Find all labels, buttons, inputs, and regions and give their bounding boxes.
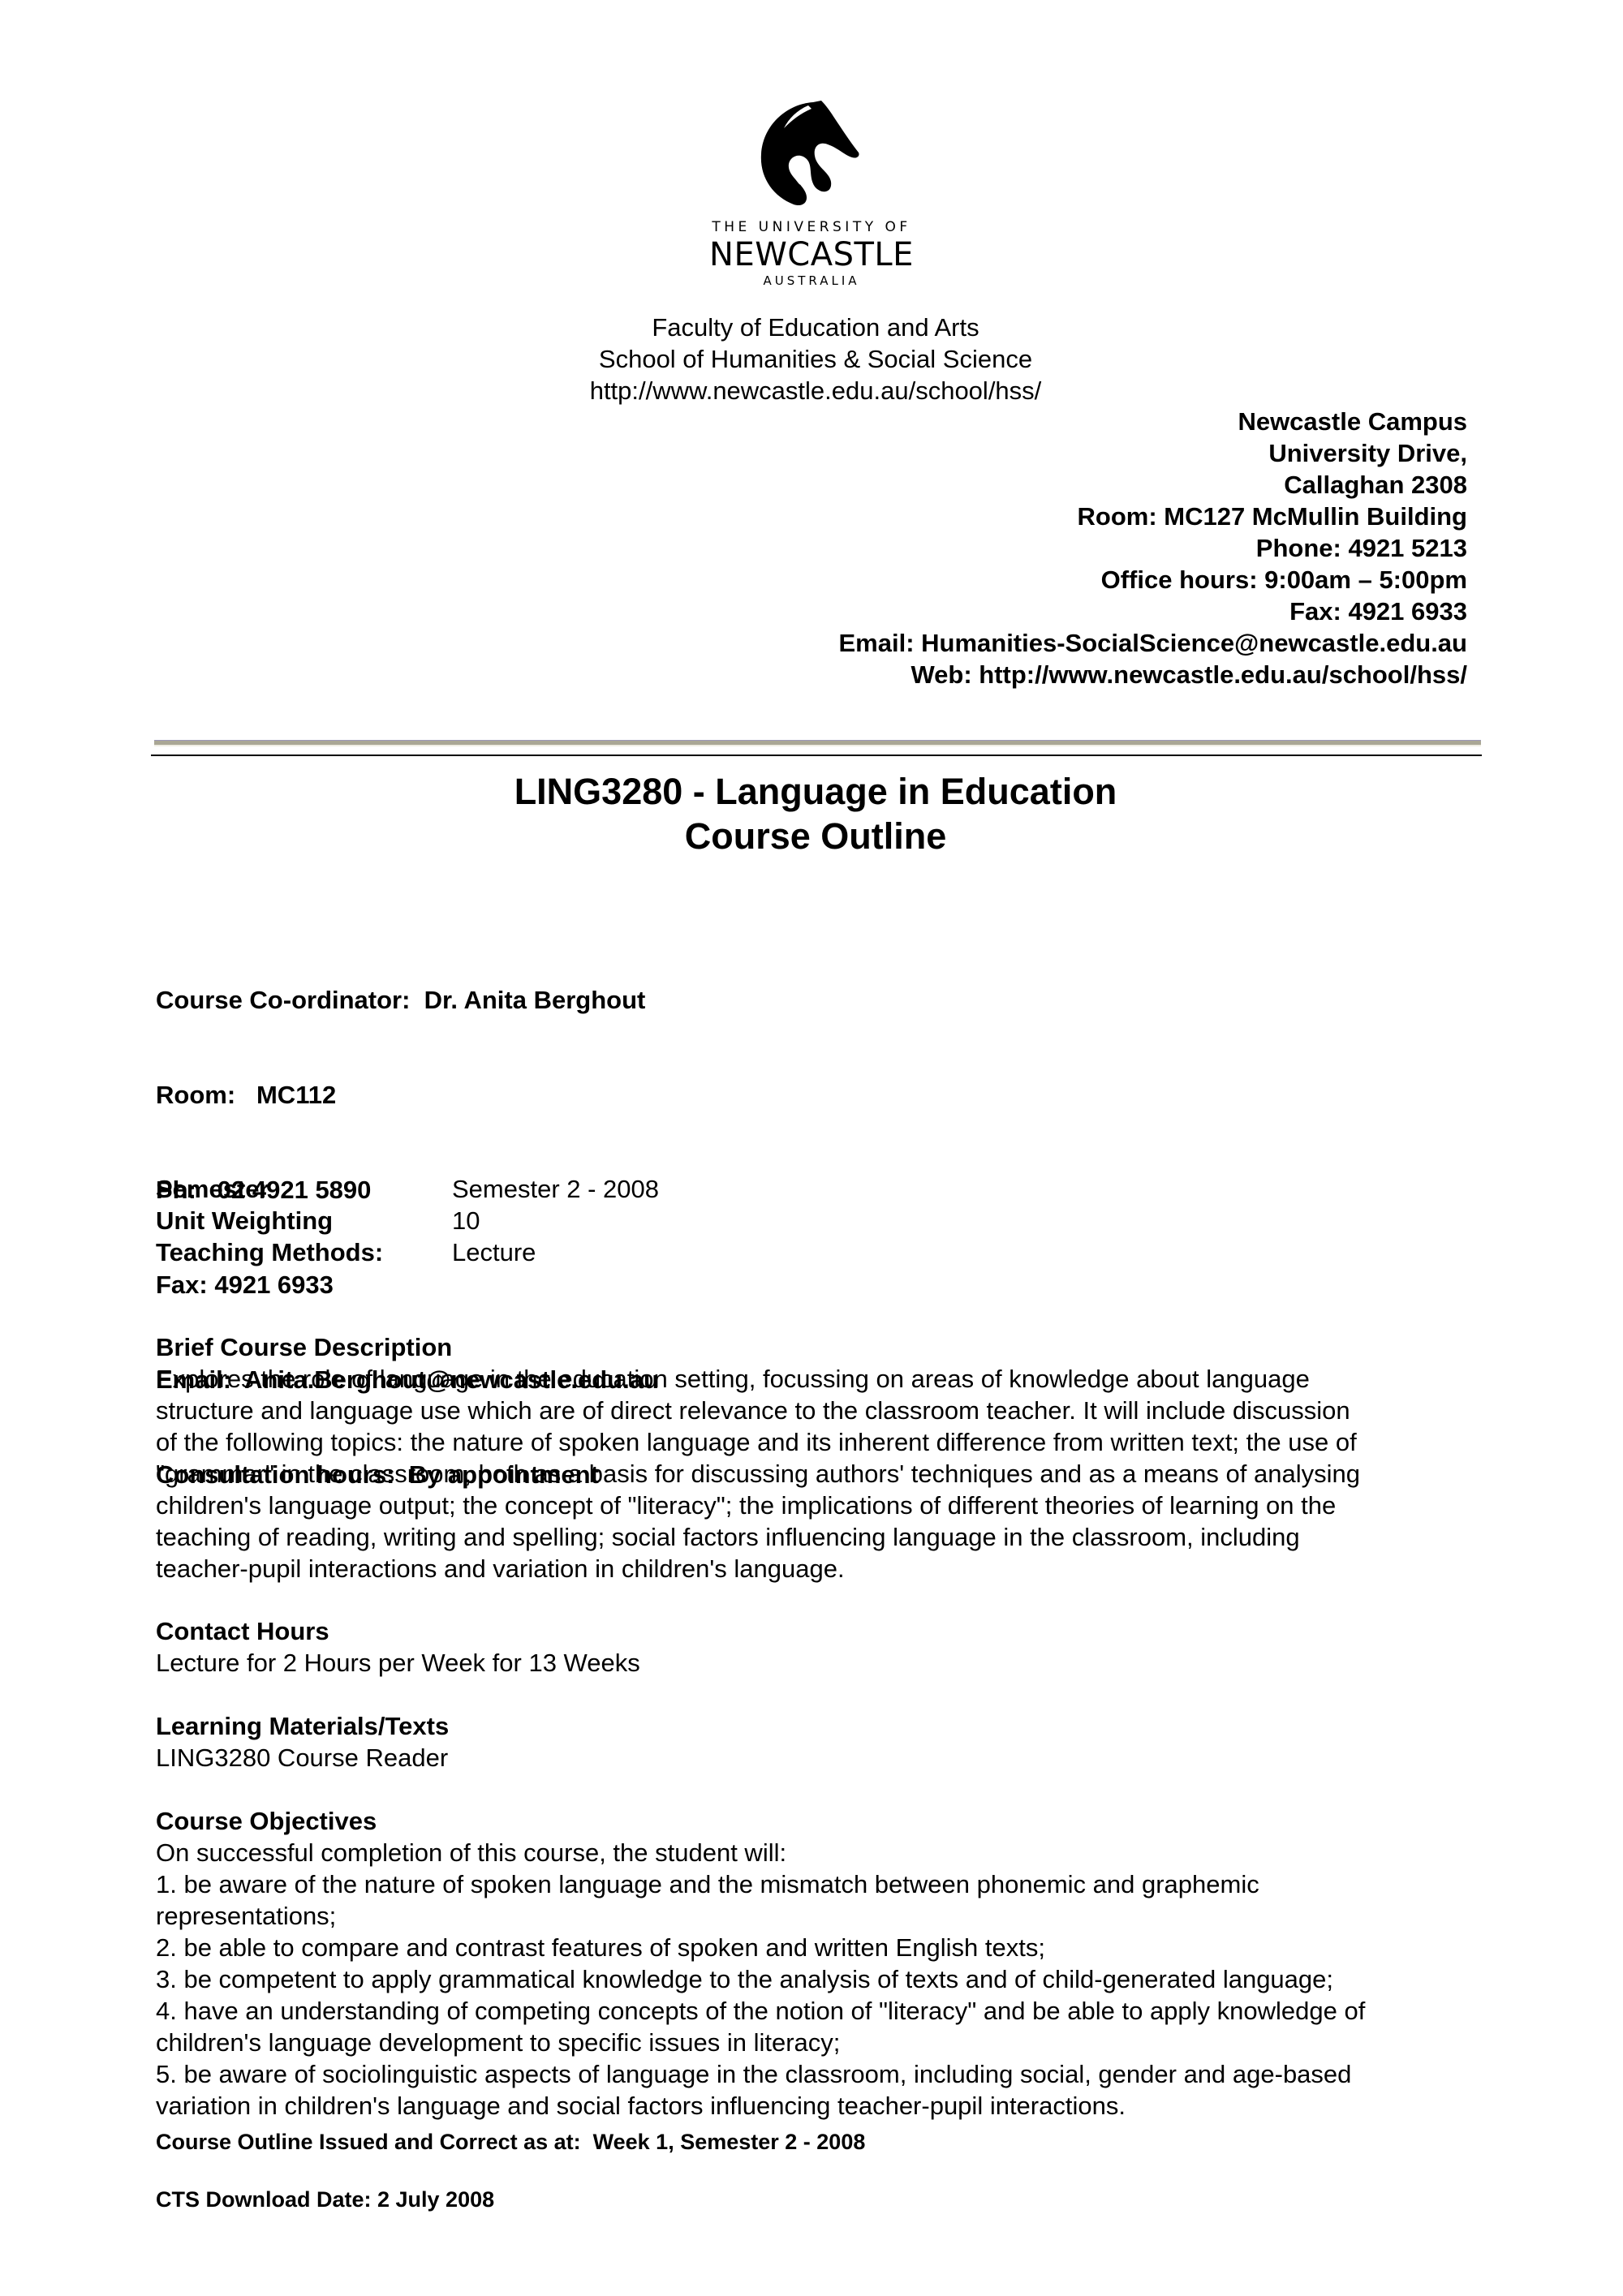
- section-heading: Learning Materials/Texts: [156, 1710, 1487, 1742]
- coordinator-name: Course Co-ordinator: Dr. Anita Berghout: [156, 984, 659, 1016]
- description-line: children's language output; the concept …: [156, 1490, 1487, 1521]
- materials-text: LING3280 Course Reader: [156, 1742, 1487, 1774]
- campus-street: University Drive,: [838, 437, 1467, 469]
- logo-text-line2: NEWCASTLE: [690, 236, 933, 273]
- course-meta-table: Semester Semester 2 - 2008 Unit Weightin…: [156, 1173, 659, 1268]
- learning-materials-section: Learning Materials/Texts LING3280 Course…: [156, 1710, 1487, 1774]
- campus-name: Newcastle Campus: [838, 406, 1467, 437]
- header-divider-grey: [154, 740, 1481, 746]
- meta-label: Unit Weighting: [156, 1205, 452, 1236]
- objective-line: 1. be aware of the nature of spoken lang…: [156, 1868, 1487, 1900]
- meta-row-unit-weighting: Unit Weighting 10: [156, 1205, 659, 1236]
- objective-line: children's language development to speci…: [156, 2027, 1487, 2058]
- description-line: Explores the role of language in the edu…: [156, 1363, 1487, 1395]
- faculty-name: Faculty of Education and Arts: [406, 312, 1225, 343]
- objective-line: representations;: [156, 1900, 1487, 1932]
- description-line: teacher-pupil interactions and variation…: [156, 1553, 1487, 1584]
- meta-row-teaching-methods: Teaching Methods: Lecture: [156, 1236, 659, 1268]
- meta-label: Teaching Methods:: [156, 1236, 452, 1268]
- objectives-intro: On successful completion of this course,…: [156, 1837, 1487, 1868]
- campus-email[interactable]: Email: Humanities-SocialScience@newcastl…: [838, 627, 1467, 659]
- campus-fax: Fax: 4921 6933: [838, 595, 1467, 627]
- objective-line: 4. have an understanding of competing co…: [156, 1995, 1487, 2027]
- campus-room: Room: MC127 McMullin Building: [838, 501, 1467, 532]
- header-divider-black: [151, 755, 1482, 756]
- school-name: School of Humanities & Social Science: [406, 343, 1225, 375]
- contact-hours-section: Contact Hours Lecture for 2 Hours per We…: [156, 1615, 1487, 1679]
- course-title: LING3280 - Language in Education Course …: [325, 769, 1307, 858]
- faculty-header: Faculty of Education and Arts School of …: [406, 312, 1225, 406]
- meta-label: Semester: [156, 1173, 452, 1205]
- campus-contact-block: Newcastle Campus University Drive, Calla…: [838, 406, 1467, 690]
- outline-issued-note: Course Outline Issued and Correct as at:…: [156, 2129, 865, 2156]
- contact-hours-text: Lecture for 2 Hours per Week for 13 Week…: [156, 1647, 1487, 1679]
- course-title-line1: LING3280 - Language in Education: [325, 769, 1307, 814]
- campus-suburb: Callaghan 2308: [838, 469, 1467, 501]
- course-title-line2: Course Outline: [325, 814, 1307, 858]
- section-heading: Contact Hours: [156, 1615, 1487, 1647]
- description-line: teaching of reading, writing and spellin…: [156, 1521, 1487, 1553]
- coordinator-room: Room: MC112: [156, 1079, 659, 1111]
- meta-value: Semester 2 - 2008: [452, 1173, 659, 1205]
- section-heading: Course Objectives: [156, 1805, 1487, 1837]
- logo-text-line1: THE UNIVERSITY OF: [690, 219, 933, 235]
- campus-web[interactable]: Web: http://www.newcastle.edu.au/school/…: [838, 659, 1467, 690]
- section-heading: Brief Course Description: [156, 1331, 1487, 1363]
- course-description-section: Brief Course Description Explores the ro…: [156, 1331, 1487, 1584]
- meta-row-semester: Semester Semester 2 - 2008: [156, 1173, 659, 1205]
- objective-line: 2. be able to compare and contrast featu…: [156, 1932, 1487, 1963]
- campus-office-hours: Office hours: 9:00am – 5:00pm: [838, 564, 1467, 595]
- download-date-note: CTS Download Date: 2 July 2008: [156, 2186, 494, 2213]
- logo-text-line3: AUSTRALIA: [690, 273, 933, 288]
- school-url[interactable]: http://www.newcastle.edu.au/school/hss/: [406, 375, 1225, 406]
- course-objectives-section: Course Objectives On successful completi…: [156, 1805, 1487, 2122]
- description-line: "grammar" in the classroom, both as a ba…: [156, 1458, 1487, 1490]
- objective-line: 5. be aware of sociolinguistic aspects o…: [156, 2058, 1487, 2090]
- objective-line: variation in children's language and soc…: [156, 2090, 1487, 2122]
- horse-head-crest-icon: [755, 97, 868, 211]
- coordinator-fax: Fax: 4921 6933: [156, 1269, 659, 1301]
- meta-value: Lecture: [452, 1236, 536, 1268]
- university-logo: THE UNIVERSITY OF NEWCASTLE AUSTRALIA: [690, 97, 933, 300]
- description-line: of the following topics: the nature of s…: [156, 1426, 1487, 1458]
- description-line: structure and language use which are of …: [156, 1395, 1487, 1426]
- campus-phone: Phone: 4921 5213: [838, 532, 1467, 564]
- meta-value: 10: [452, 1205, 480, 1236]
- objective-line: 3. be competent to apply grammatical kno…: [156, 1963, 1487, 1995]
